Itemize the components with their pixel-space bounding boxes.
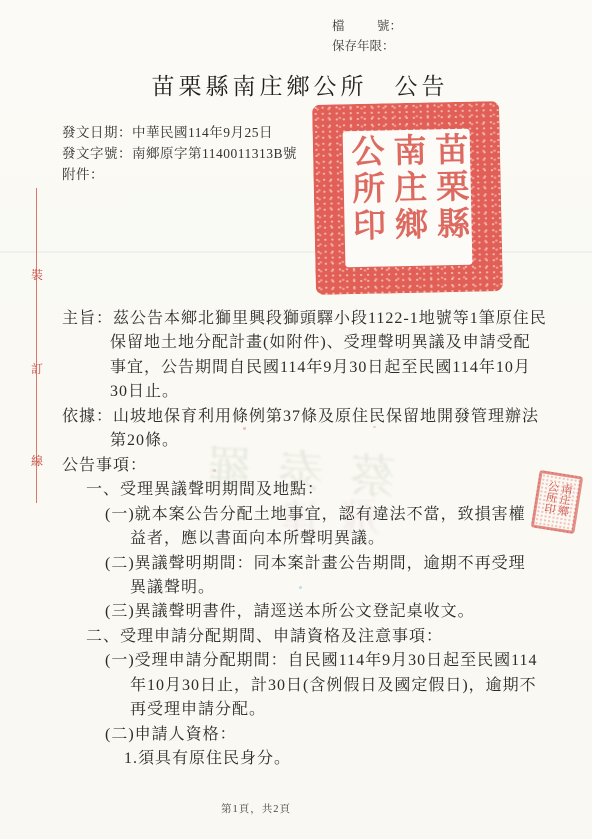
issue-date: 發文日期：中華民國114年9月25日 [62,122,297,143]
body-line: 年10月30日止，計30日(含例假日及國定假日)，逾期不 [0,674,592,698]
body-line: 30日止。 [0,380,592,404]
body-line: 益者，應以書面向本所聲明異議。 [0,527,592,551]
file-number-label: 檔 號： [332,16,402,36]
scanned-announcement-page: 蔡泰羅 飛達 檔 號： 保存年限： 苗栗縣南庄鄉公所 公告 發文日期：中華民國1… [0,0,592,839]
official-seal-inner: 苗栗縣南庄鄉公所印 [343,129,473,268]
binding-mark: 裝 [30,266,44,283]
body-line: 公告事項： [0,454,592,478]
body-line: (二)申請人資格： [0,723,592,747]
attachment-label: 附件： [62,164,297,185]
body-line: 第20條。 [0,429,592,453]
body-line: (二)異議聲明期間：同本案計畫公告期間，逾期不再受理 [0,552,592,576]
official-seal: 苗栗縣南庄鄉公所印 [312,101,503,295]
retention-period-label: 保存年限： [332,36,402,56]
archive-fields: 檔 號： 保存年限： [332,16,402,56]
body-line: 一、受理異議聲明期間及地點： [0,478,592,502]
file-number-label-right: 號： [377,16,402,36]
body-line: 異議聲明。 [0,576,592,600]
scan-artifact-line [0,251,592,253]
page-indicator: 第1頁，共2頁 [0,801,512,816]
body-line: 主旨：茲公告本鄉北獅里興段獅頭驛小段1122-1地號等1筆原住民 [0,307,592,331]
file-number-label-left: 檔 [332,16,345,36]
body-line: (一)受理申請分配期間：自民國114年9月30日起至民國114 [0,649,592,673]
body-line: 二、受理申請分配期間、申請資格及注意事項： [0,625,592,649]
document-number: 發文字號：南鄉原字第1140011313B號 [62,143,297,164]
body-line: 事宜，公告期間自民國114年9月30日起至民國114年10月 [0,356,592,380]
body-line: 依據：山坡地保育利用條例第37條及原住民保留地開發管理辦法 [0,405,592,429]
body-line: 保留地土地分配計畫(如附件)、受理聲明異議及申請受配 [0,331,592,355]
body-line: 1.須具有原住民身分。 [0,747,592,771]
page-title: 苗栗縣南庄鄉公所 公告 [0,68,592,101]
body-line: 再受理申請分配。 [0,698,592,722]
document-meta: 發文日期：中華民國114年9月25日 發文字號：南鄉原字第1140011313B… [62,122,297,185]
official-seal-text: 苗栗縣南庄鄉公所印 [343,132,472,265]
announcement-body: 主旨：茲公告本鄉北獅里興段獅頭驛小段1122-1地號等1筆原住民 保留地土地分配… [0,307,592,772]
body-line: (一)就本案公告分配土地事宜，認有違法不當，致損害權 [0,503,592,527]
body-line: (三)異議聲明書件，請逕送本所公文登記桌收文。 [0,600,592,624]
